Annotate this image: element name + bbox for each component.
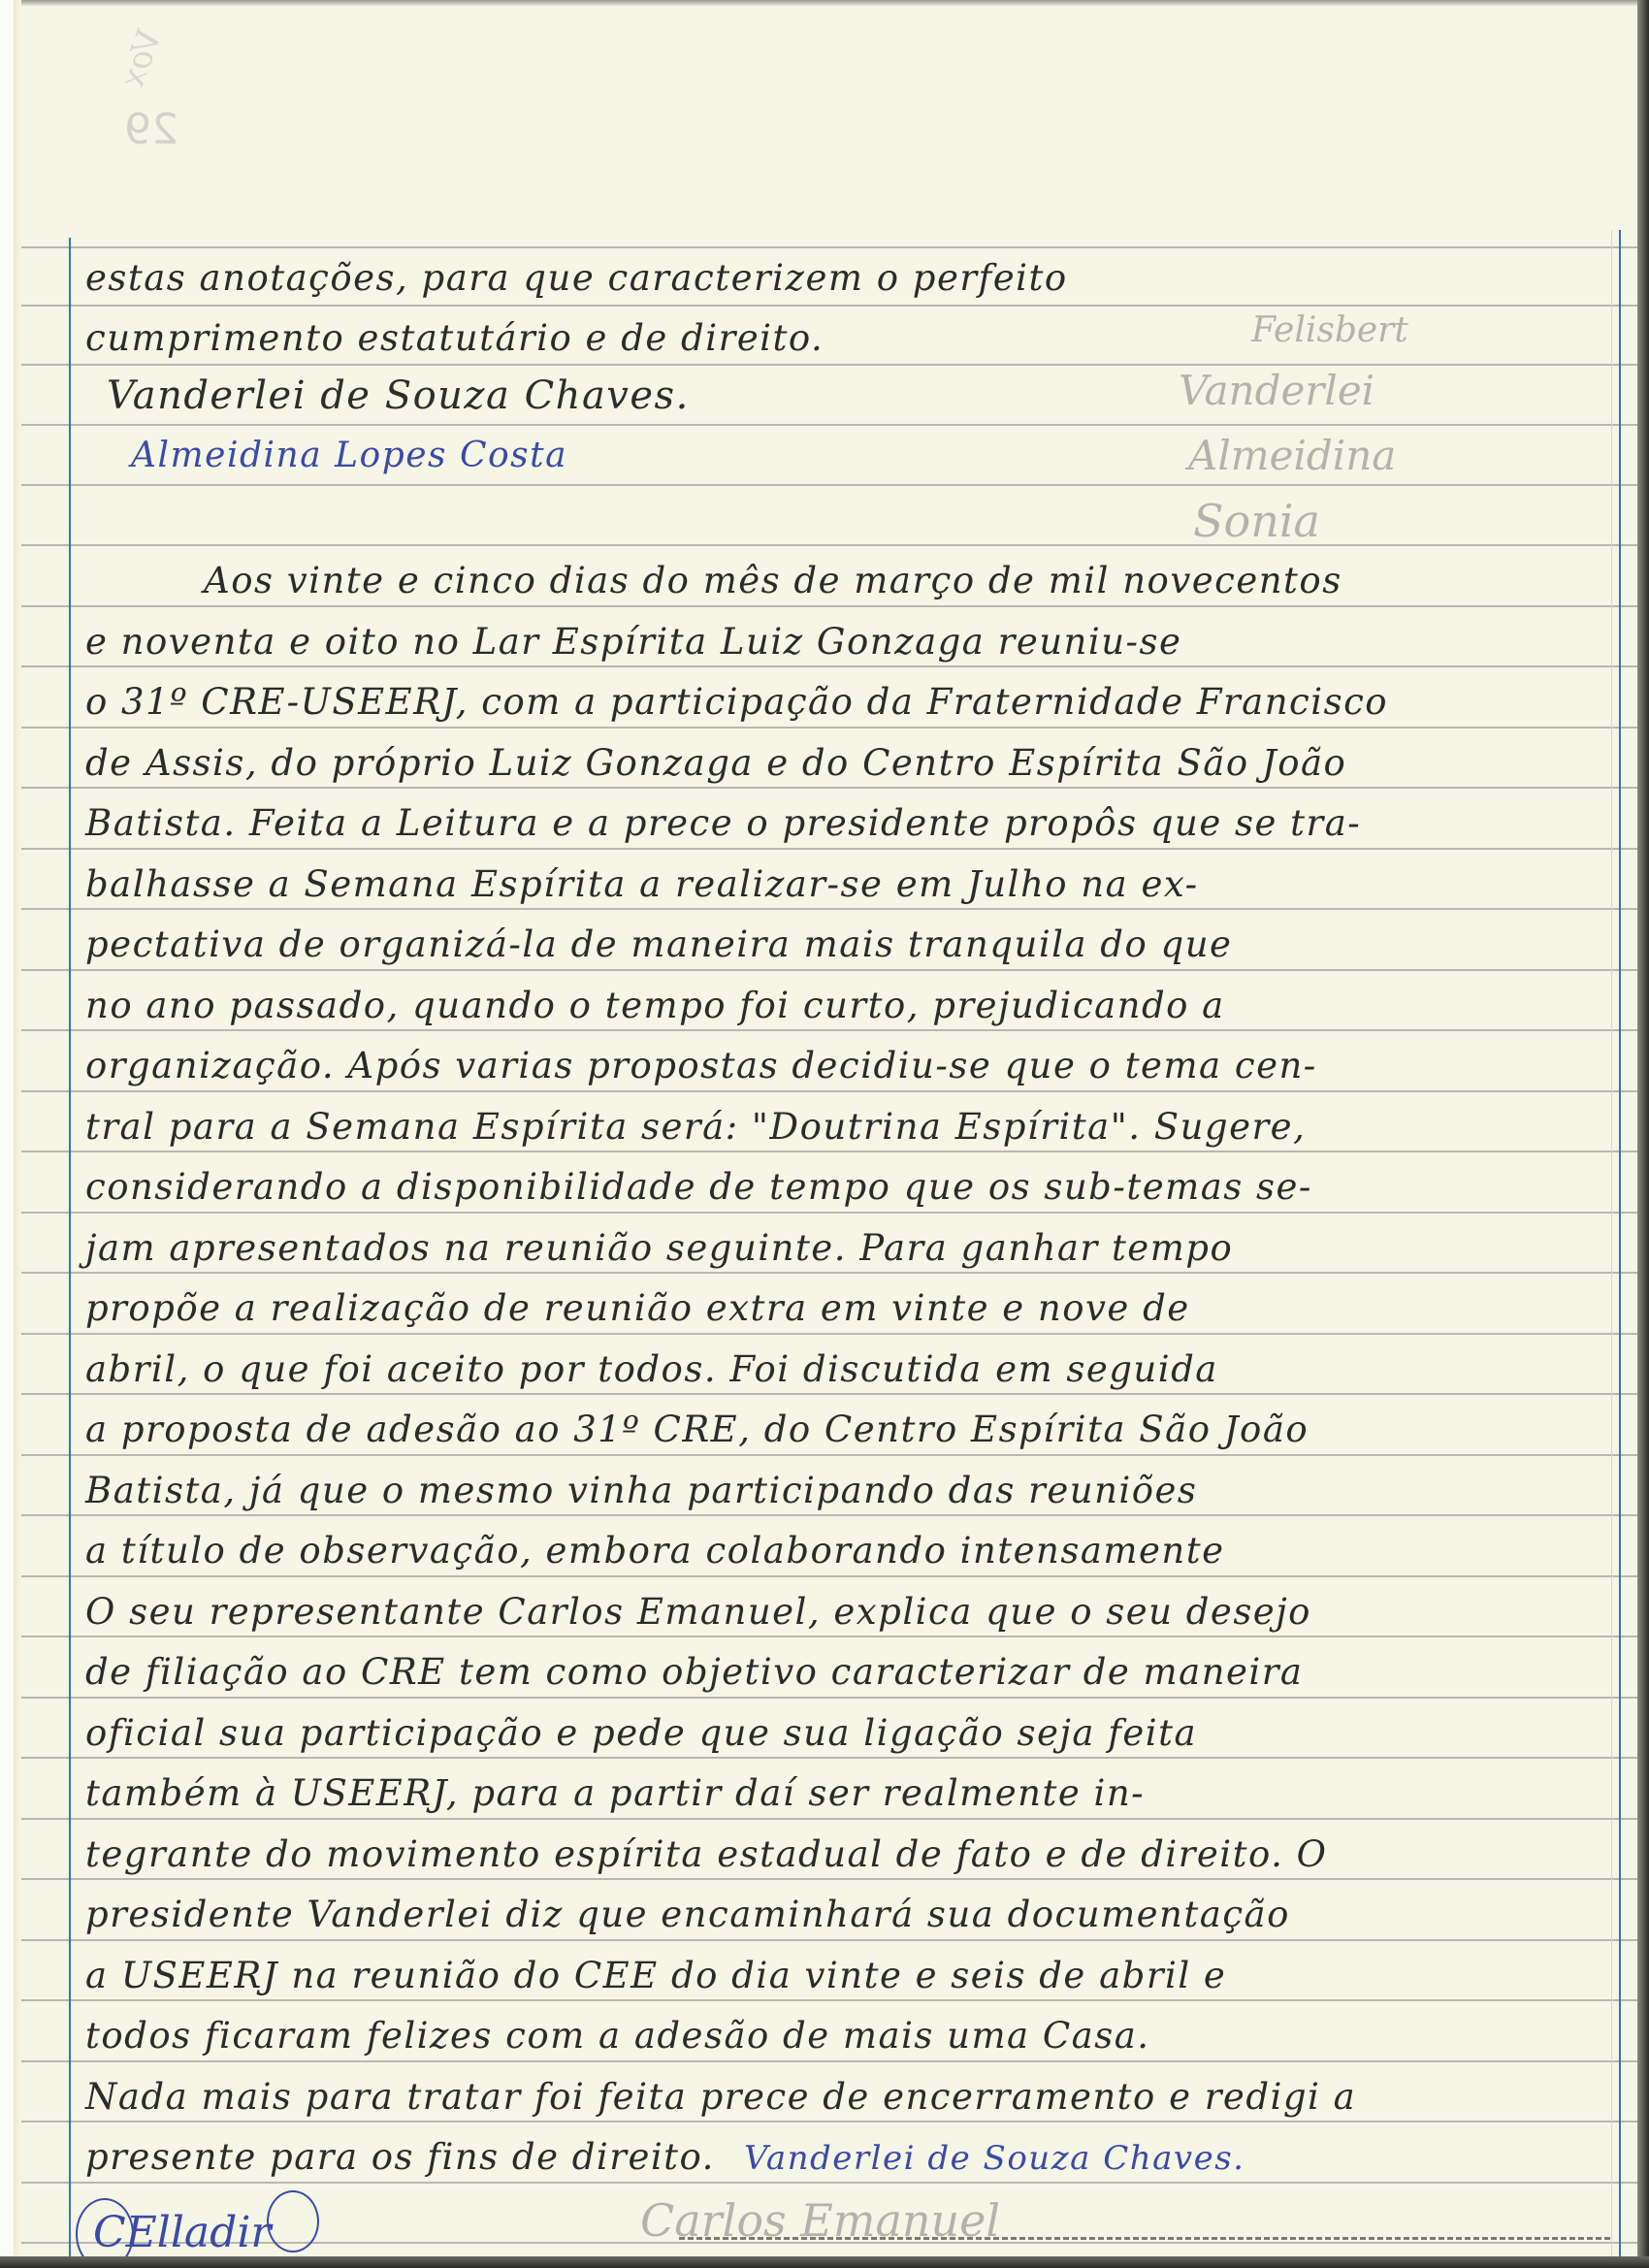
text-line: a título de observação, embora colaboran… [85,1533,1613,1569]
page-right-shadow [1637,0,1649,2268]
text-line: presidente Vanderlei diz que encaminhará… [85,1896,1613,1932]
text-line: de Assis, do próprio Luiz Gonzaga e do C… [85,745,1613,781]
ruled-line [21,1878,1637,1880]
text-line: de filiação ao CRE tem como objetivo car… [85,1654,1613,1690]
ruled-line [21,1150,1637,1152]
ruled-line [21,1393,1637,1395]
text-line: tegrante do movimento espírita estadual … [85,1836,1613,1872]
text-line: O seu representante Carlos Emanuel, expl… [85,1594,1613,1630]
ruled-line [21,2121,1637,2122]
ruled-line [21,544,1637,546]
scan-bottom-edge [0,2256,1649,2268]
text-line: também à USEERJ, para a partir daí ser r… [85,1775,1613,1811]
text-line: oficial sua participação e pede que sua … [85,1715,1613,1751]
text-line: jam apresentados na reunião seguinte. Pa… [85,1230,1613,1266]
ruled-line [21,1697,1637,1699]
ruled-line [21,969,1637,971]
text-line: organização. Após varias propostas decid… [85,1048,1613,1084]
ruled-line [21,1757,1637,1759]
ruled-line [21,727,1637,729]
ruled-line [21,665,1637,667]
ruled-line [21,1514,1637,1516]
text-line: e noventa e oito no Lar Espírita Luiz Go… [85,624,1613,660]
text-line: abril, o que foi aceito por todos. Foi d… [85,1351,1613,1387]
ruled-line [21,246,1637,248]
ruled-line [21,848,1637,850]
text-line: Aos vinte e cinco dias do mês de março d… [204,563,1649,599]
ruled-line [21,1090,1637,1092]
ruled-line [21,484,1637,486]
ruled-line [21,1454,1637,1456]
ruled-line [21,605,1637,607]
ruled-line [21,424,1637,426]
text-line: considerando a disponibilidade de tempo … [85,1169,1613,1205]
bleed-through-page-number: 29 [124,105,178,154]
pencil-note-sonia: Sonia [1193,495,1320,547]
ruled-line [21,1212,1637,1214]
text-line: cumprimento estatutário e de direito. [85,320,1613,356]
text-line: pectativa de organizá-la de maneira mais… [85,926,1613,962]
scan-top-edge [0,0,1649,6]
closing-signature-vanderlei: Vanderlei de Souza Chaves. [744,2139,1245,2178]
ruled-line [21,364,1637,366]
signature-loop [267,2190,319,2252]
text-line: estas anotações, para que caracterizem o… [85,260,1613,296]
page-left-edge [14,0,21,2268]
text-line: presente para os fins de direito.Vanderl… [85,2139,1613,2175]
left-margin-line [69,238,71,2256]
ruled-line [21,305,1637,307]
ruled-line [21,1272,1637,1274]
text-line: tral para a Semana Espírita será: "Doutr… [85,1109,1613,1145]
ruled-line [21,2182,1637,2184]
scan-left-strip [0,0,14,2268]
text-line: o 31º CRE-USEERJ, com a participação da … [85,684,1613,720]
text-line: Batista. Feita a Leitura e a prece o pre… [85,805,1613,841]
bleed-through-mark: Vox [113,23,169,92]
text-line: Nada mais para tratar foi feita prece de… [85,2079,1613,2115]
text-line: balhasse a Semana Espírita a realizar-se… [85,866,1613,902]
ruled-line [21,908,1637,910]
right-margin-line [1619,230,1621,2256]
signature-vanderlei: Vanderlei de Souza Chaves. [107,376,1634,415]
signature-celladir-text: CElladir [93,2208,271,2257]
text-line: propõe a realização de reunião extra em … [85,1290,1613,1326]
ruled-line [21,1999,1637,2001]
ruled-line [21,1636,1637,1637]
ruled-line [21,787,1637,789]
signature-almeidina: Almeidina Lopes Costa [131,438,1649,473]
ruled-line [21,1939,1637,1941]
text-line-content: presente para os fins de direito. [85,2136,715,2178]
ruled-line [21,1333,1637,1335]
text-line: no ano passado, quando o tempo foi curto… [85,988,1613,1023]
ruled-line [21,1575,1637,1577]
text-line: a proposta de adesão ao 31º CRE, do Cent… [85,1411,1613,1447]
text-line-content: cumprimento estatutário e de direito. [85,317,824,359]
signature-dashed-line [679,2237,1610,2240]
ruled-line [21,1818,1637,1820]
text-line: a USEERJ na reunião do CEE do dia vinte … [85,1958,1613,1993]
ruled-line [21,2060,1637,2062]
text-line: Batista, já que o mesmo vinha participan… [85,1473,1613,1508]
text-line: todos ficaram felizes com a adesão de ma… [85,2018,1613,2054]
ruled-line [21,1029,1637,1031]
